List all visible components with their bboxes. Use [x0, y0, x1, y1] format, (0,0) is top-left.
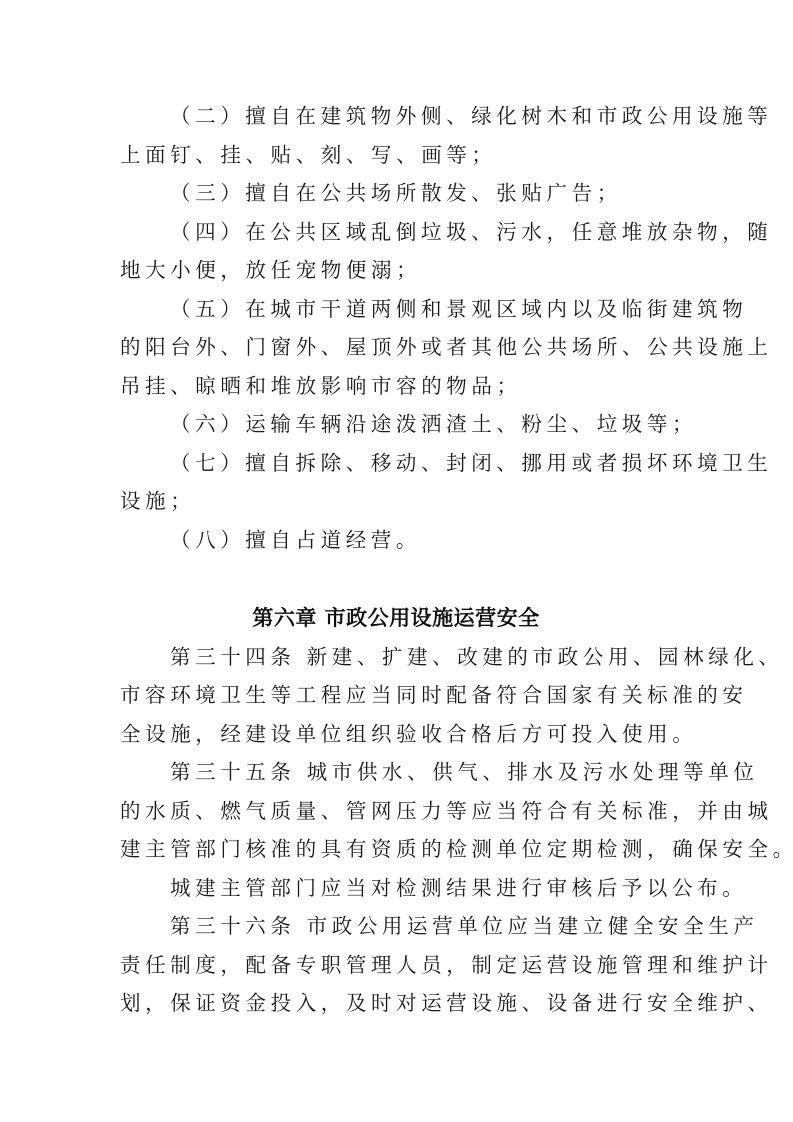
paragraph-line: （二）擅自在建筑物外侧、绿化树木和市政公用设施等 — [120, 97, 676, 136]
chapter-heading: 第六章 市政公用设施运营安全 — [116, 598, 676, 638]
paragraph-line: 上面钉、挂、贴、刻、写、画等； — [120, 136, 676, 175]
list-item-2: （二）擅自在建筑物外侧、绿化树木和市政公用设施等 上面钉、挂、贴、刻、写、画等； — [120, 97, 676, 174]
list-item-4: （四）在公共区域乱倒垃圾、污水，任意堆放杂物，随 地大小便，放任宠物便溺； — [120, 213, 676, 290]
paragraph-line: 责任制度，配备专职管理人员，制定运营设施管理和维护计 — [120, 946, 676, 985]
paragraph-line: 划，保证资金投入，及时对运营设施、设备进行安全维护、 — [120, 984, 676, 1023]
paragraph-line: （七）擅自拆除、移动、封闭、挪用或者损坏环境卫生 — [120, 444, 676, 483]
paragraph-line: （五）在城市干道两侧和景观区域内以及临街建筑物 — [120, 290, 676, 329]
paragraph-line: 吊挂、晾晒和堆放影响市容的物品； — [120, 367, 676, 406]
paragraph-line: （六）运输车辆沿途泼洒渣土、粉尘、垃圾等； — [120, 405, 676, 444]
paragraph-line: （四）在公共区域乱倒垃圾、污水，任意堆放杂物，随 — [120, 213, 676, 252]
paragraph-line: 建主管部门核准的具有资质的检测单位定期检测，确保安全。 — [120, 830, 676, 869]
paragraph-line: 第三十六条 市政公用运营单位应当建立健全安全生产 — [120, 907, 676, 946]
paragraph-line: 全设施，经建设单位组织验收合格后方可投入使用。 — [120, 715, 676, 754]
paragraph-line: （三）擅自在公共场所散发、张贴广告； — [120, 174, 676, 213]
list-item-7: （七）擅自拆除、移动、封闭、挪用或者损坏环境卫生 设施； — [120, 444, 676, 521]
paragraph-line: 第三十四条 新建、扩建、改建的市政公用、园林绿化、 — [120, 638, 676, 677]
paragraph-line: 的阳台外、门窗外、屋顶外或者其他公共场所、公共设施上 — [120, 328, 676, 367]
article-36: 第三十六条 市政公用运营单位应当建立健全安全生产 责任制度，配备专职管理人员，制… — [120, 907, 676, 1023]
list-item-6: （六）运输车辆沿途泼洒渣土、粉尘、垃圾等； — [120, 405, 676, 444]
paragraph-line: 城建主管部门应当对检测结果进行审核后予以公布。 — [120, 869, 676, 908]
article-35-paragraph-2: 城建主管部门应当对检测结果进行审核后予以公布。 — [120, 869, 676, 908]
list-item-3: （三）擅自在公共场所散发、张贴广告； — [120, 174, 676, 213]
paragraph-line: 地大小便，放任宠物便溺； — [120, 251, 676, 290]
article-34: 第三十四条 新建、扩建、改建的市政公用、园林绿化、 市容环境卫生等工程应当同时配… — [120, 638, 676, 754]
paragraph-line: 的水质、燃气质量、管网压力等应当符合有关标准，并由城 — [120, 792, 676, 831]
paragraph-line: 设施； — [120, 482, 676, 521]
list-item-5: （五）在城市干道两侧和景观区域内以及临街建筑物 的阳台外、门窗外、屋顶外或者其他… — [120, 290, 676, 406]
document-page: （二）擅自在建筑物外侧、绿化树木和市政公用设施等 上面钉、挂、贴、刻、写、画等；… — [120, 97, 676, 1023]
list-item-8: （八）擅自占道经营。 — [120, 521, 676, 560]
spacer — [120, 559, 676, 598]
paragraph-line: 市容环境卫生等工程应当同时配备符合国家有关标准的安 — [120, 676, 676, 715]
paragraph-line: （八）擅自占道经营。 — [120, 521, 676, 560]
article-35: 第三十五条 城市供水、供气、排水及污水处理等单位 的水质、燃气质量、管网压力等应… — [120, 753, 676, 869]
paragraph-line: 第三十五条 城市供水、供气、排水及污水处理等单位 — [120, 753, 676, 792]
